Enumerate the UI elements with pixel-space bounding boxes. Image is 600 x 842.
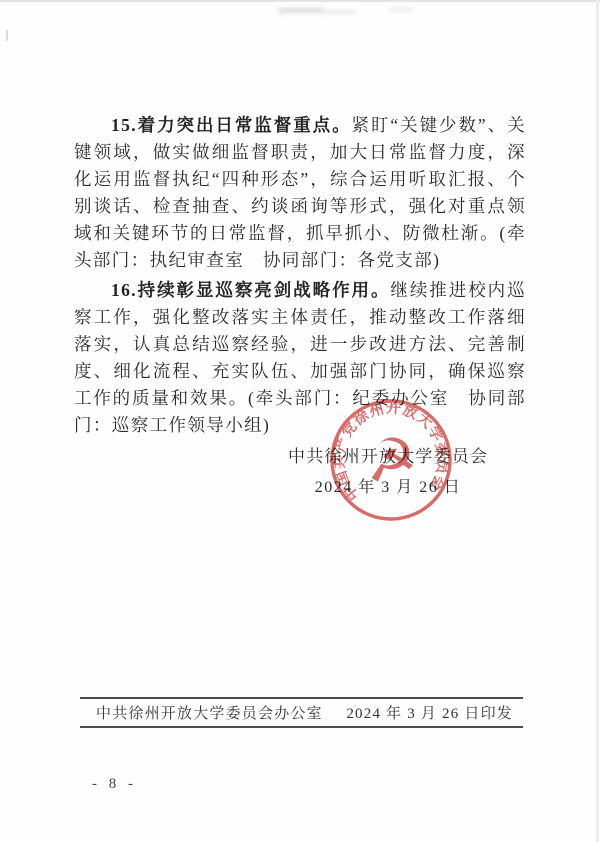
scan-edge-right <box>596 0 599 842</box>
paragraph-16-text: 继续推进校内巡察工作，强化整改落实主体责任，推动整改工作落细落实，认真总结巡察经… <box>74 280 526 435</box>
scan-smudge <box>389 8 413 12</box>
document-body: 15.着力突出日常监督重点。紧盯“关键少数”、关键领域，做实做细监督职责，加大日… <box>74 112 526 439</box>
page-number: - 8 - <box>92 776 137 793</box>
footer-print-date: 2024 年 3 月 26 日印发 <box>346 702 513 723</box>
paragraph-16-heading: 16.持续彰显巡察亮剑战略作用。 <box>111 280 390 300</box>
footer-issuer: 中共徐州开放大学委员会办公室 <box>96 702 323 723</box>
scan-mark <box>6 30 8 41</box>
scan-smudge <box>278 8 324 13</box>
document-page: 15.着力突出日常监督重点。紧盯“关键少数”、关键领域，做实做细监督职责，加大日… <box>0 0 600 842</box>
official-seal: 中国共产党徐州开放大学委员会 ☭ <box>321 390 462 531</box>
scan-smudge <box>324 10 356 14</box>
footer-bar: 中共徐州开放大学委员会办公室 2024 年 3 月 26 日印发 <box>80 697 523 728</box>
hammer-sickle-icon: ☭ <box>362 423 421 496</box>
paragraph-15-heading: 15.着力突出日常监督重点。 <box>111 115 352 135</box>
paragraph-16: 16.持续彰显巡察亮剑战略作用。继续推进校内巡察工作，强化整改落实主体责任，推动… <box>74 277 526 439</box>
paragraph-15: 15.着力突出日常监督重点。紧盯“关键少数”、关键领域，做实做细监督职责，加大日… <box>74 112 526 274</box>
paragraph-15-text: 紧盯“关键少数”、关键领域，做实做细监督职责，加大日常监督力度，深化运用监督执纪… <box>74 115 526 270</box>
scan-edge-top <box>0 0 600 2</box>
